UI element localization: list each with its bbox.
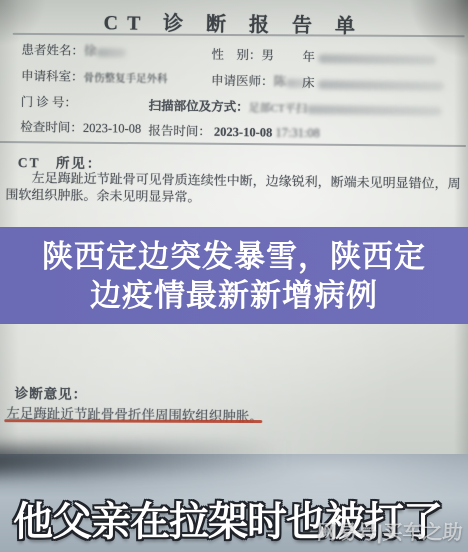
redacted-smudge xyxy=(307,105,442,116)
bed-field: 床 xyxy=(302,73,444,93)
scan-field: 扫描部位及方式：足部CT平扫 xyxy=(149,96,442,118)
gender-label: 性 别： xyxy=(211,48,261,63)
watermark: 网易号|买车之助 xyxy=(317,516,464,545)
report-time-date: 2023-10-08 xyxy=(214,125,273,140)
age-label: 年 xyxy=(302,50,315,64)
report-time-label: 报告时间： xyxy=(148,124,211,139)
physician-label: 申请医师： xyxy=(211,74,274,89)
physician-value: 陈 xyxy=(273,75,286,89)
findings-heading: CT 所见： xyxy=(18,151,103,172)
video-frame: 他父亲在拉架时也被打了 网易号|买车之助 xyxy=(0,454,468,552)
diagnosis-heading: 诊断意见： xyxy=(15,382,88,403)
redacted-smudge xyxy=(96,48,126,57)
department-field: 申请科室：骨伤整复手足外科 xyxy=(21,66,168,86)
gender-field: 性 别：男 xyxy=(211,45,274,64)
exam-time-value: 2023-10-08 xyxy=(83,121,142,136)
age-field: 年 xyxy=(302,47,436,67)
patient-name-label: 患者姓名： xyxy=(21,43,84,58)
findings-text: 左足踇趾近节趾骨可见骨质连续性中断，边缘锐利，断端未见明显错位，周围软组织肿胀。… xyxy=(5,170,460,209)
scan-value: 足部CT平扫 xyxy=(249,102,307,115)
composite-news-image: CT 诊 断 报 告 单 患者姓名：徐 性 别：男 年 申请科室：骨伤整复手足外… xyxy=(0,0,468,552)
headline-line-1: 陕西定边突发暴雪，陕西定 xyxy=(42,237,426,276)
section-divider xyxy=(0,141,466,147)
headline-line-2: 边疫情最新新增病例 xyxy=(90,276,378,315)
headline-banner: 陕西定边突发暴雪，陕西定 边疫情最新新增病例 xyxy=(0,227,468,324)
patient-name-field: 患者姓名：徐 xyxy=(21,40,126,59)
physician-field: 申请医师：陈 xyxy=(211,71,308,90)
report-time-clock: 17:31:08 xyxy=(275,126,320,141)
outpatient-number-field: 门 诊 号： xyxy=(21,92,78,111)
department-label: 申请科室： xyxy=(21,69,84,84)
redacted-smudge xyxy=(318,80,444,91)
patient-name-value: 徐 xyxy=(84,44,97,58)
outpatient-number-label: 门 诊 号： xyxy=(21,95,77,110)
exam-time-label: 检查时间： xyxy=(20,120,83,135)
gender-value: 男 xyxy=(261,48,274,62)
bed-label: 床 xyxy=(302,76,315,90)
exam-time-field: 检查时间：2023-10-08 xyxy=(20,117,141,137)
department-value: 骨伤整复手足外科 xyxy=(83,73,167,85)
report-time-field: 报告时间： 2023-10-08 17:31:08 xyxy=(148,121,320,141)
redacted-smudge xyxy=(318,54,436,65)
scan-label: 扫描部位及方式： xyxy=(149,99,249,114)
